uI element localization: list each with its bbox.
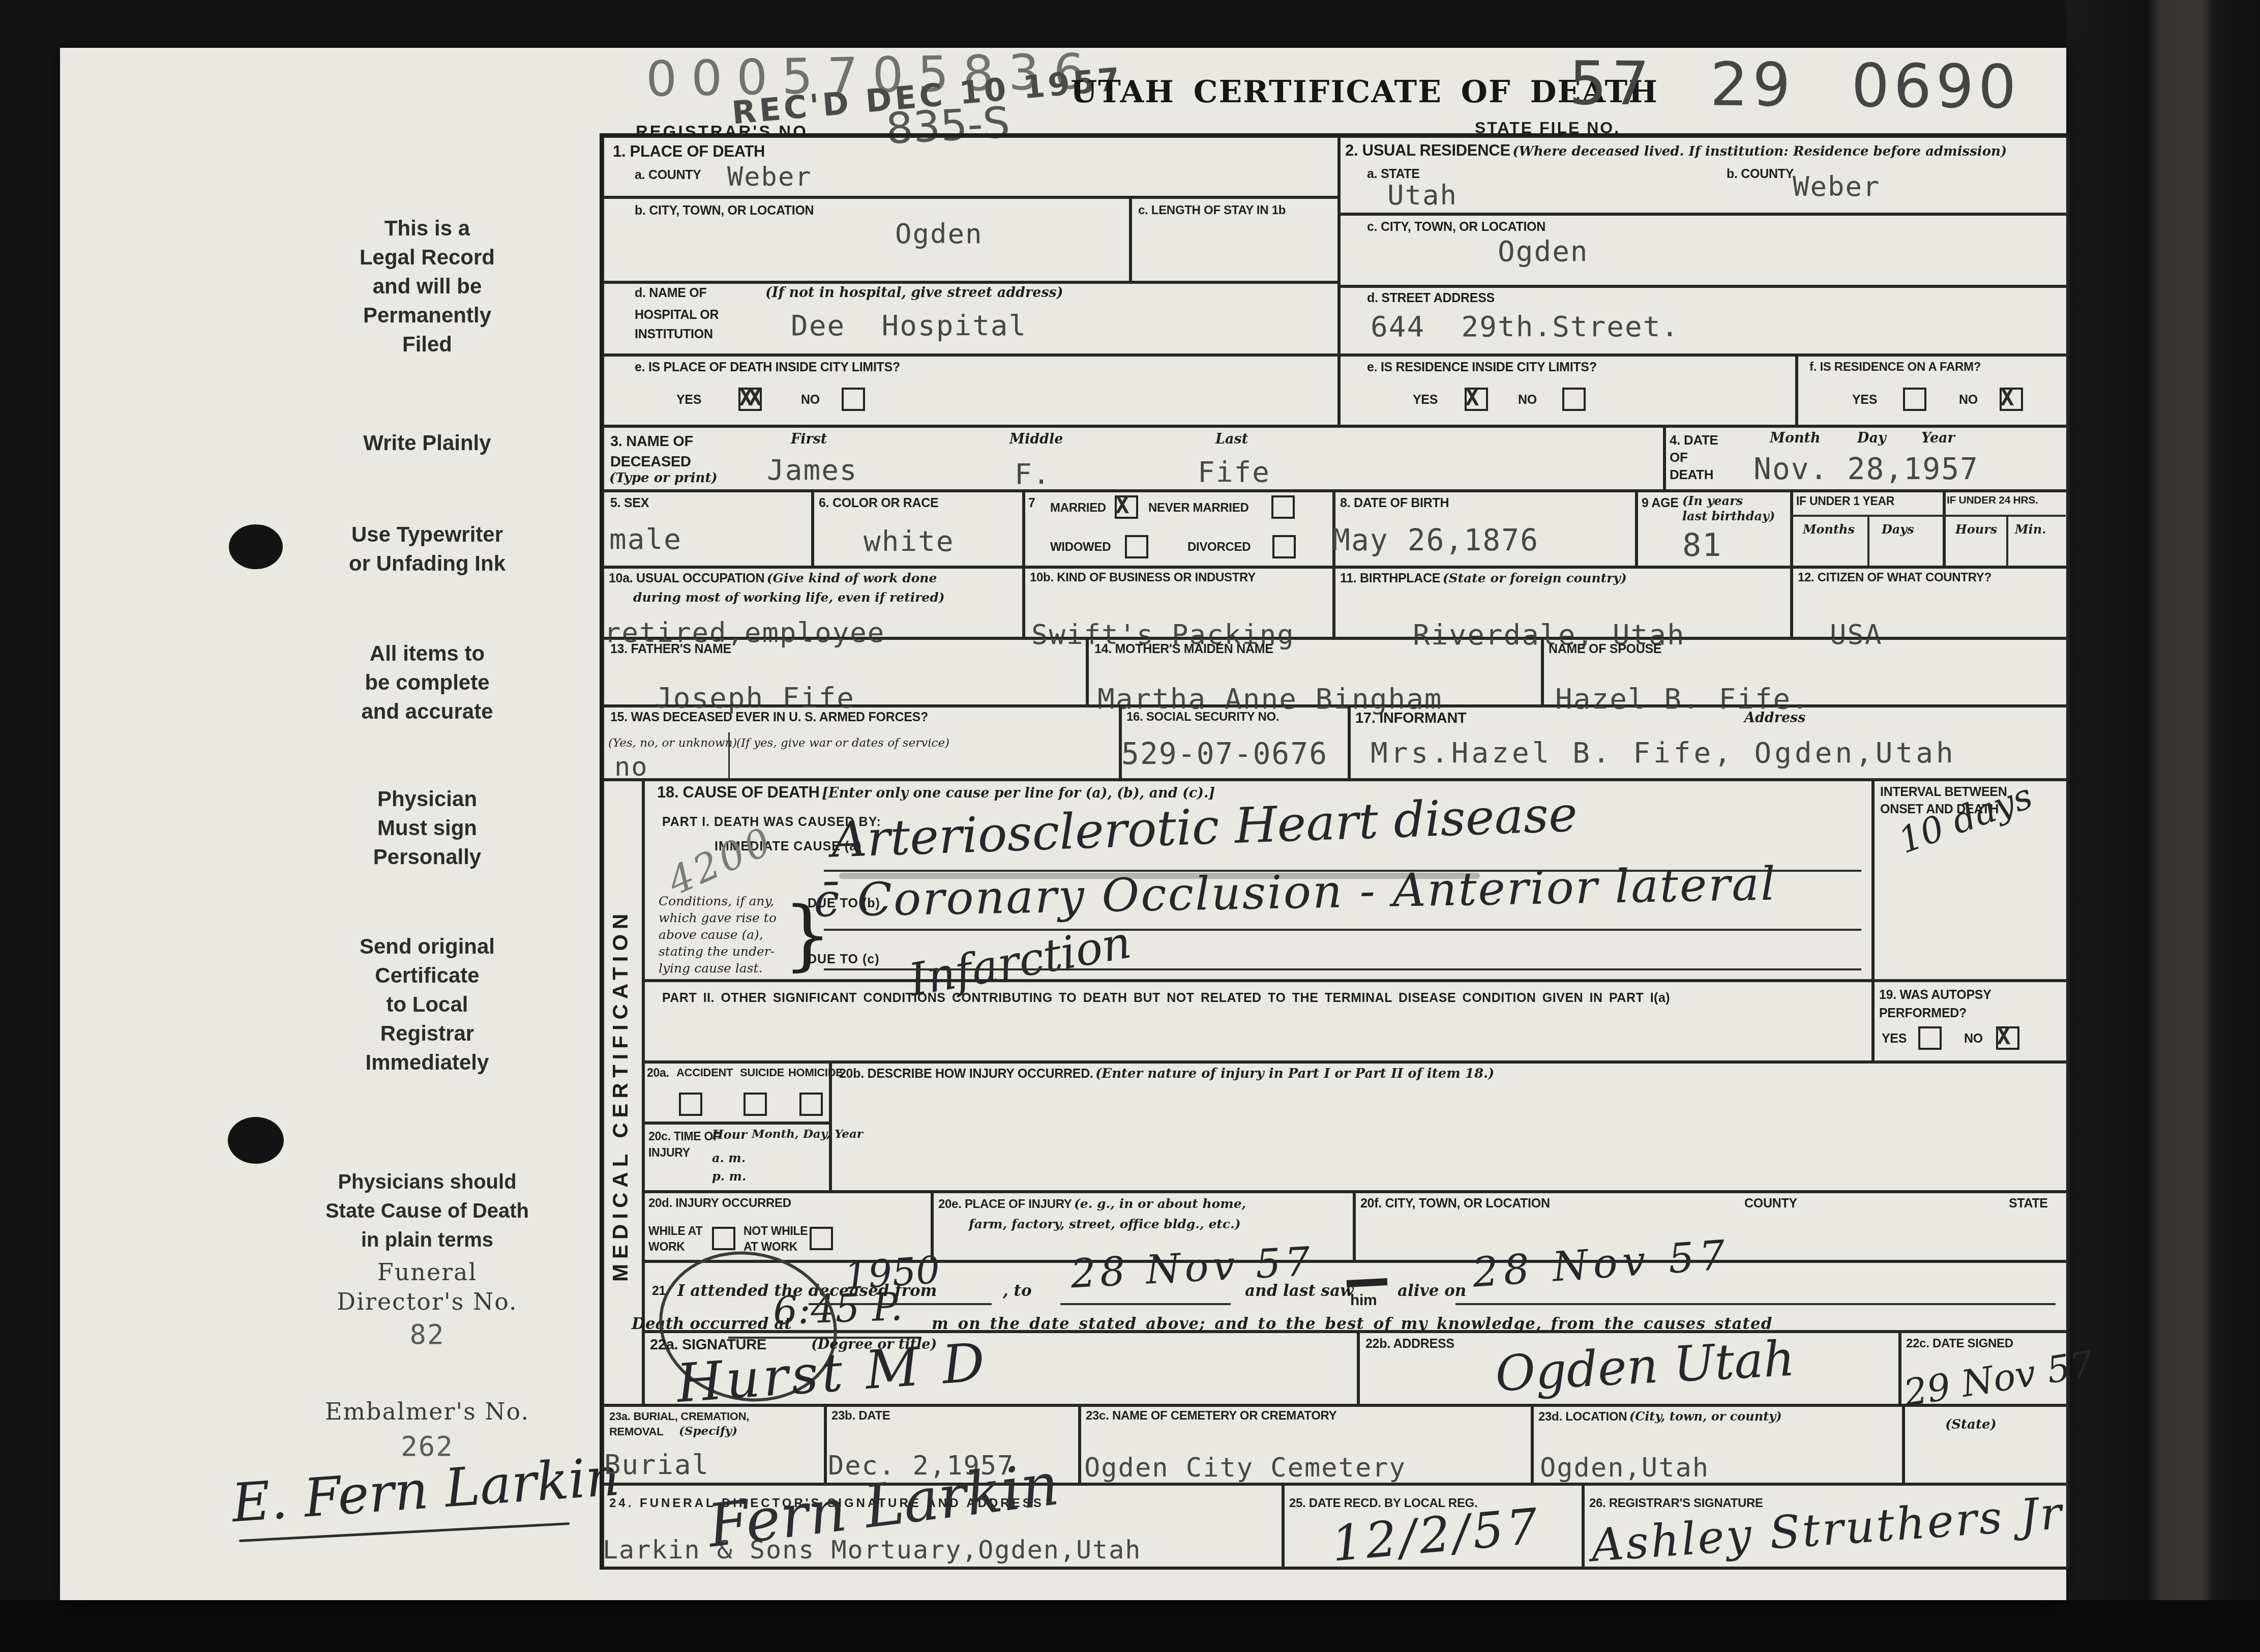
s15-label: 15. WAS DECEASED EVER IN U. S. ARMED FOR… — [610, 710, 928, 725]
s20a-number: 20a. — [647, 1066, 669, 1080]
s9-hours-min-divider — [2006, 515, 2008, 566]
s4-day-label: Day — [1857, 430, 1886, 446]
s20d-label: 20d. INJURY OCCURRED — [648, 1196, 791, 1211]
s20f-label: 20f. CITY, TOWN, OR LOCATION — [1360, 1196, 1550, 1211]
s9-days-label: Days — [1882, 522, 1914, 537]
s3-middle-label: Middle — [1009, 431, 1063, 447]
punch-hole-bottom — [228, 1117, 284, 1164]
s18-part2-label: PART II. OTHER SIGNIFICANT CONDITIONS CO… — [662, 991, 1847, 1006]
s2a-value: Utah — [1387, 179, 1458, 211]
s10a-label-row: 10a. USUAL OCCUPATION (Give kind of work… — [609, 571, 937, 586]
s1d-label1: d. NAME OF — [635, 286, 706, 301]
s22-state-note: (State) — [1945, 1417, 1997, 1432]
s2e-no-checkbox — [1562, 388, 1586, 411]
s4-value: Nov. 28,1957 — [1753, 452, 1979, 486]
s7-married-checkbox: X — [1115, 495, 1138, 519]
s19-yes-label: YES — [1882, 1031, 1907, 1046]
s21-text3: and last saw — [1245, 1282, 1354, 1300]
s1d-note: (If not in hospital, give street address… — [765, 285, 1063, 301]
s7-married-label: MARRIED — [1050, 501, 1106, 515]
s7-never-label: NEVER MARRIED — [1148, 501, 1248, 515]
s21-alive-rule — [1455, 1303, 2056, 1305]
scanned-death-certificate: This is a Legal Record and will be Perma… — [0, 0, 2260, 1652]
s1c-label: c. LENGTH OF STAY IN 1b — [1138, 203, 1286, 218]
s20a-accident-checkbox — [679, 1093, 702, 1116]
s14-label: 14. MOTHER'S MAIDEN NAME — [1094, 642, 1273, 657]
s18-conditions-note: Conditions, if any, which gave rise to a… — [659, 893, 777, 977]
s2b-label: b. COUNTY — [1727, 167, 1794, 182]
s18-line-b — [824, 929, 1861, 931]
s10b-label: 10b. KIND OF BUSINESS OR INDUSTRY — [1030, 571, 1256, 585]
s20b-label-row: 20b. DESCRIBE HOW INJURY OCCURRED. (Ente… — [839, 1066, 1494, 1081]
s18-due-to-c-label: DUE TO (c) — [808, 952, 880, 967]
s2c-label: c. CITY, TOWN, OR LOCATION — [1367, 220, 1545, 234]
s7-number: 7 — [1028, 496, 1035, 511]
margin-typewriter-note: Use Typewriter or Unfading Ink — [275, 520, 580, 578]
s17-label: 17. INFORMANT — [1355, 710, 1466, 727]
s20d-while-checkbox — [712, 1227, 735, 1250]
s1a-value: Weber — [727, 162, 812, 192]
s15-note2: (If yes, give war or dates of service) — [736, 736, 949, 750]
s23a-value: Burial — [604, 1449, 709, 1481]
s4-year-label: Year — [1921, 430, 1955, 446]
s3-last-value: Fife — [1198, 456, 1270, 489]
s17-address-label: Address — [1744, 710, 1806, 726]
s9-hours-label: Hours — [1955, 522, 1997, 537]
s15-note-divider — [728, 732, 730, 778]
s21-him-word: him — [1350, 1292, 1377, 1309]
s1d-label2: HOSPITAL OR INSTITUTION — [635, 305, 719, 344]
s2-header-row: 2. USUAL RESIDENCE (Where deceased lived… — [1345, 141, 2007, 160]
s9-under1yr-divider — [1790, 515, 1943, 517]
s18-header-row: 18. CAUSE OF DEATH [Enter only one cause… — [657, 783, 1215, 802]
s7-never-checkbox — [1271, 495, 1295, 519]
s9-label: 9 AGE — [1642, 496, 1679, 511]
s20e-note2: farm, factory, street, office bldg., etc… — [969, 1217, 1241, 1231]
s2e-yes-label: YES — [1413, 393, 1438, 407]
s3-note: (Type or print) — [609, 470, 718, 486]
s18-line-c — [824, 968, 1861, 970]
s1e-no-checkbox — [842, 388, 865, 411]
s2e-label: e. IS RESIDENCE INSIDE CITY LIMITS? — [1367, 360, 1597, 375]
margin-complete-note: All items to be complete and accurate — [275, 639, 580, 726]
s2f-label: f. IS RESIDENCE ON A FARM? — [1809, 360, 1981, 374]
s19-no-checkbox: X — [1996, 1026, 2019, 1050]
s9-note: (In years last birthday) — [1682, 493, 1775, 524]
s1d-value: Dee Hospital — [791, 309, 1027, 342]
s4-header: 4. DATE OF DEATH — [1670, 431, 1718, 483]
s7-widowed-checkbox — [1125, 535, 1148, 558]
spouse-label: NAME OF SPOUSE — [1549, 642, 1661, 657]
s8-label: 8. DATE OF BIRTH — [1340, 496, 1449, 511]
s19-yes-checkbox — [1918, 1026, 1942, 1050]
s20c-pm-label: p. m. — [712, 1169, 746, 1184]
s2f-yes-label: YES — [1852, 393, 1877, 407]
s1e-yes-checkbox: XX — [738, 388, 762, 411]
s23c-label: 23c. NAME OF CEMETERY OR CREMATORY — [1086, 1409, 1336, 1423]
s9-months-label: Months — [1803, 522, 1855, 537]
s2f-no-label: NO — [1959, 393, 1978, 407]
s21-to-rule — [1060, 1303, 1231, 1305]
s11-label-row: 11. BIRTHPLACE (State or foreign country… — [1340, 571, 1627, 586]
s15-value: no — [614, 752, 648, 782]
bottom-shadow — [0, 1600, 2260, 1652]
s9-months-days-divider — [1867, 515, 1869, 566]
margin-write-plainly-note: Write Plainly — [275, 428, 580, 457]
s12-label: 12. CITIZEN OF WHAT COUNTRY? — [1798, 571, 1991, 585]
s21-text2: , to — [1003, 1282, 1032, 1300]
s3-first-label: First — [791, 431, 827, 447]
s20c-label: 20c. TIME OF INJURY — [648, 1128, 720, 1161]
s22b-label: 22b. ADDRESS — [1365, 1337, 1454, 1351]
state-file-no-value: 57 29 0690 — [1568, 48, 2020, 122]
s3-middle-value: F. — [1015, 458, 1051, 491]
s9-value: 81 — [1682, 526, 1722, 564]
s1e-label: e. IS PLACE OF DEATH INSIDE CITY LIMITS? — [635, 360, 900, 375]
s9-min-label: Min. — [2015, 522, 2046, 537]
s20c-hour-label: Hour — [712, 1127, 747, 1142]
s6-value: white — [864, 525, 955, 558]
s20e-label-row: 20e. PLACE OF INJURY (e. g., in or about… — [938, 1196, 1246, 1212]
margin-plain-terms-note: Physicians should State Cause of Death i… — [275, 1168, 580, 1255]
s7-divorced-checkbox — [1272, 535, 1296, 558]
s20f-county-label: COUNTY — [1744, 1196, 1797, 1211]
s16-label: 16. SOCIAL SECURITY NO. — [1126, 710, 1279, 724]
s10a-note2: during most of working life, even if ret… — [633, 590, 945, 605]
s2e-no-label: NO — [1518, 393, 1537, 407]
s9-under1yr-label: IF UNDER 1 YEAR — [1796, 494, 1894, 508]
s21-text4: alive on — [1397, 1282, 1466, 1300]
s23a-note: (Specify) — [679, 1424, 737, 1438]
s7-divorced-label: DIVORCED — [1187, 540, 1251, 554]
s3-first-value: James — [767, 454, 858, 487]
s1b-value: Ogden — [895, 218, 983, 250]
cell-3 — [603, 425, 1666, 492]
s22c-label: 22c. DATE SIGNED — [1906, 1337, 2013, 1351]
s15-note1: (Yes, no, or unknown) — [608, 736, 737, 750]
s9-under24-label: IF UNDER 24 HRS. — [1947, 494, 2038, 507]
s16-value: 529-07-0676 — [1121, 736, 1328, 771]
s1b-label: b. CITY, TOWN, OR LOCATION — [635, 203, 814, 218]
s1e-no-label: NO — [801, 393, 820, 407]
s3-header: 3. NAME OF DECEASED — [610, 431, 693, 472]
s3-last-label: Last — [1215, 431, 1248, 447]
s20a-homicide-checkbox — [799, 1093, 823, 1116]
s19-no-label: NO — [1964, 1031, 1983, 1046]
s17-value: Mrs.Hazel B. Fife, Ogden,Utah — [1371, 736, 1956, 770]
s20d-notwhile-label: NOT WHILE AT WORK — [744, 1223, 808, 1255]
cell-23e — [1902, 1404, 2069, 1486]
s19-label: 19. WAS AUTOPSY PERFORMED? — [1879, 986, 1991, 1022]
s6-label: 6. COLOR OR RACE — [819, 496, 939, 511]
s23d-label-row: 23d. LOCATION (City, town, or county) — [1538, 1409, 1782, 1424]
s2d-label: d. STREET ADDRESS — [1367, 291, 1495, 306]
s2d-value: 644 29th.Street. — [1371, 310, 1679, 343]
s20f-state-label: STATE — [2009, 1196, 2048, 1211]
embalmers-no-label: Embalmer's No. — [275, 1398, 580, 1425]
right-table-edge — [2066, 0, 2260, 1652]
s20a-suicide-checkbox — [744, 1093, 767, 1116]
s20a-suicide-label: SUICIDE — [740, 1066, 784, 1079]
s23d-value: Ogden,Utah — [1540, 1453, 1709, 1483]
s2c-value: Ogden — [1498, 235, 1589, 268]
funeral-directors-no-value: 82 — [275, 1318, 580, 1350]
s20a-accident-label: ACCIDENT — [676, 1066, 733, 1079]
margin-legal-record-note: This is a Legal Record and will be Perma… — [275, 214, 580, 359]
s20c-am-label: a. m. — [712, 1150, 746, 1165]
s8-value: May 26,1876 — [1332, 523, 1539, 557]
s2-header-note: (Where deceased lived. If institution: R… — [1512, 144, 2007, 159]
s23c-value: Ogden City Cemetery — [1084, 1453, 1406, 1483]
medical-certification-label: MEDICAL CERTIFICATION — [608, 834, 633, 1282]
s4-month-label: Month — [1770, 430, 1821, 446]
s2-header: 2. USUAL RESIDENCE — [1345, 141, 1510, 159]
s5-value: male — [609, 523, 682, 556]
s20d-while-label: WHILE AT WORK — [648, 1223, 702, 1255]
s1-header: 1. PLACE OF DEATH — [613, 142, 765, 161]
s7-widowed-label: WIDOWED — [1050, 540, 1111, 554]
s20d-notwhile-checkbox — [810, 1227, 833, 1250]
margin-physician-note: Physician Must sign Personally — [275, 784, 580, 871]
s2f-no-checkbox: X — [2000, 388, 2023, 411]
funeral-directors-no-label: Funeral Director's No. — [275, 1257, 580, 1316]
s2f-yes-checkbox — [1903, 388, 1926, 411]
s23b-label: 23b. DATE — [831, 1409, 890, 1423]
s26-label: 26. REGISTRAR'S SIGNATURE — [1589, 1496, 1763, 1511]
margin-send-original-note: Send original Certificate to Local Regis… — [275, 932, 580, 1077]
s2b-value: Weber — [1793, 170, 1881, 202]
s2e-yes-checkbox: X — [1465, 388, 1488, 411]
s1e-yes-label: YES — [676, 393, 701, 407]
s9-under24-divider — [1943, 515, 2066, 517]
s1a-label: a. COUNTY — [635, 168, 701, 183]
s5-label: 5. SEX — [610, 496, 649, 511]
s13-label: 13. FATHER'S NAME — [610, 642, 731, 657]
